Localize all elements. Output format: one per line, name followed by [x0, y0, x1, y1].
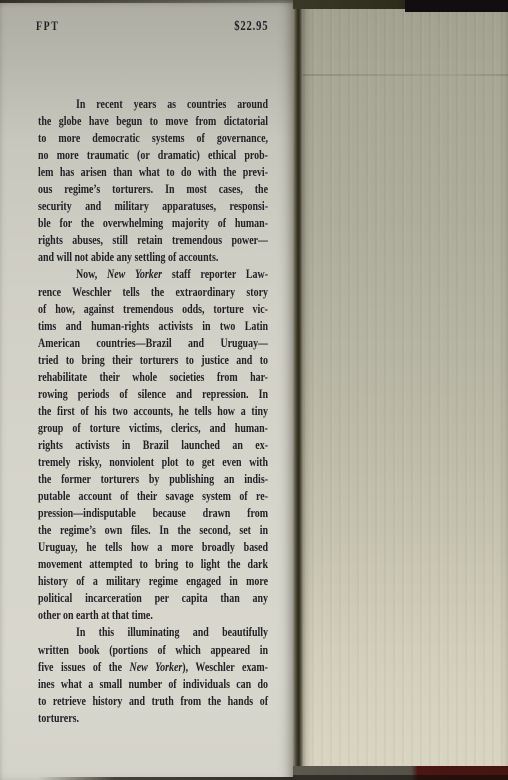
flap-text-line: rowing periods of silence and repression… — [38, 386, 268, 403]
flap-text-line: to retrieve history and truth from the h… — [38, 693, 268, 710]
flap-text-line: tremely risky, nonviolent plot to get ev… — [38, 454, 268, 471]
italic-title: New Yorker — [107, 267, 162, 281]
flap-top-edge-shadow — [0, 0, 293, 3]
page-horizontal-crease — [303, 74, 508, 76]
italic-title: New Yorker — [130, 660, 183, 674]
flap-text-line: lem has arisen than what to do with the … — [38, 164, 268, 181]
price-label: $22.95 — [234, 18, 268, 34]
flap-text-line: no more traumatic (or dramatic) ethical … — [38, 147, 268, 164]
flap-text-line: five issues of the New Yorker), Weschler… — [38, 659, 268, 676]
printers-code: FPT — [36, 19, 59, 34]
flap-text-line: torturers. — [38, 710, 268, 727]
flap-text-line: the first of his two accounts, he tells … — [38, 403, 268, 420]
book-top-edge-dark-corner — [405, 0, 508, 12]
flap-text-line: In recent years as countries around — [38, 96, 268, 113]
flap-text-line: American countries—Brazil and Uruguay— — [38, 335, 268, 352]
jacket-front-flap: FPT $22.95 In recent years as countries … — [0, 0, 293, 780]
jacket-fold-crease — [293, 0, 303, 780]
flap-text-line: rights abuses, still retain tremendous p… — [38, 232, 268, 249]
book-jacket-photo: FPT $22.95 In recent years as countries … — [0, 0, 508, 780]
flap-text-line: political incarceration per capita than … — [38, 590, 268, 607]
flap-text-line: other on earth at that time. — [38, 607, 268, 624]
flap-text-line: group of torture victims, clerics, and h… — [38, 420, 268, 437]
flap-text-line: ines what a small number of individuals … — [38, 676, 268, 693]
flap-text-line: rights activists in Brazil launched an e… — [38, 437, 268, 454]
flap-text-line: security and military apparatuses, respo… — [38, 198, 268, 215]
book-bottom-edge-shadow — [293, 775, 508, 780]
flap-text: In recent years as countries aroundthe g… — [38, 96, 268, 727]
flap-text-line: pression—indisputable because drawn from — [38, 505, 268, 522]
flap-text-line: Now, New Yorker staff reporter Law- — [38, 266, 268, 283]
flap-text-line: the globe have begun to move from dictat… — [38, 113, 268, 130]
flap-text-line: to more democratic systems of governance… — [38, 130, 268, 147]
flap-text-line: history of a military regime engaged in … — [38, 573, 268, 590]
flap-text-line: ble for the overwhelming majority of hum… — [38, 215, 268, 232]
flap-text-line: rence Weschler tells the extraordinary s… — [38, 284, 268, 301]
flap-text-line: In this illuminating and beautifully — [38, 624, 268, 641]
flap-text-line: rehabilitate their whole societies from … — [38, 369, 268, 386]
page-texture — [303, 0, 508, 780]
flap-text-line: of how, against tremendous odds, torture… — [38, 301, 268, 318]
flap-text-line: tried to bring their torturers to justic… — [38, 352, 268, 369]
flap-text-line: movement attempted to bring to light the… — [38, 556, 268, 573]
flap-text-line: the regime’s own files. In the second, s… — [38, 522, 268, 539]
book-page-edges — [303, 0, 508, 780]
flap-text-line: and will not abide any settling of accou… — [38, 249, 268, 266]
price-row: FPT $22.95 — [36, 18, 268, 34]
flap-text-line: ous regime’s torturers. In most cases, t… — [38, 181, 268, 198]
flap-text-line: written book (portions of which appeared… — [38, 642, 268, 659]
flap-text-line: the former torturers by publishing an in… — [38, 471, 268, 488]
flap-text-line: Uruguay, he tells how a more broadly bas… — [38, 539, 268, 556]
flap-text-line: putable account of their savage system o… — [38, 488, 268, 505]
flap-text-line: tims and human-rights activists in two L… — [38, 318, 268, 335]
